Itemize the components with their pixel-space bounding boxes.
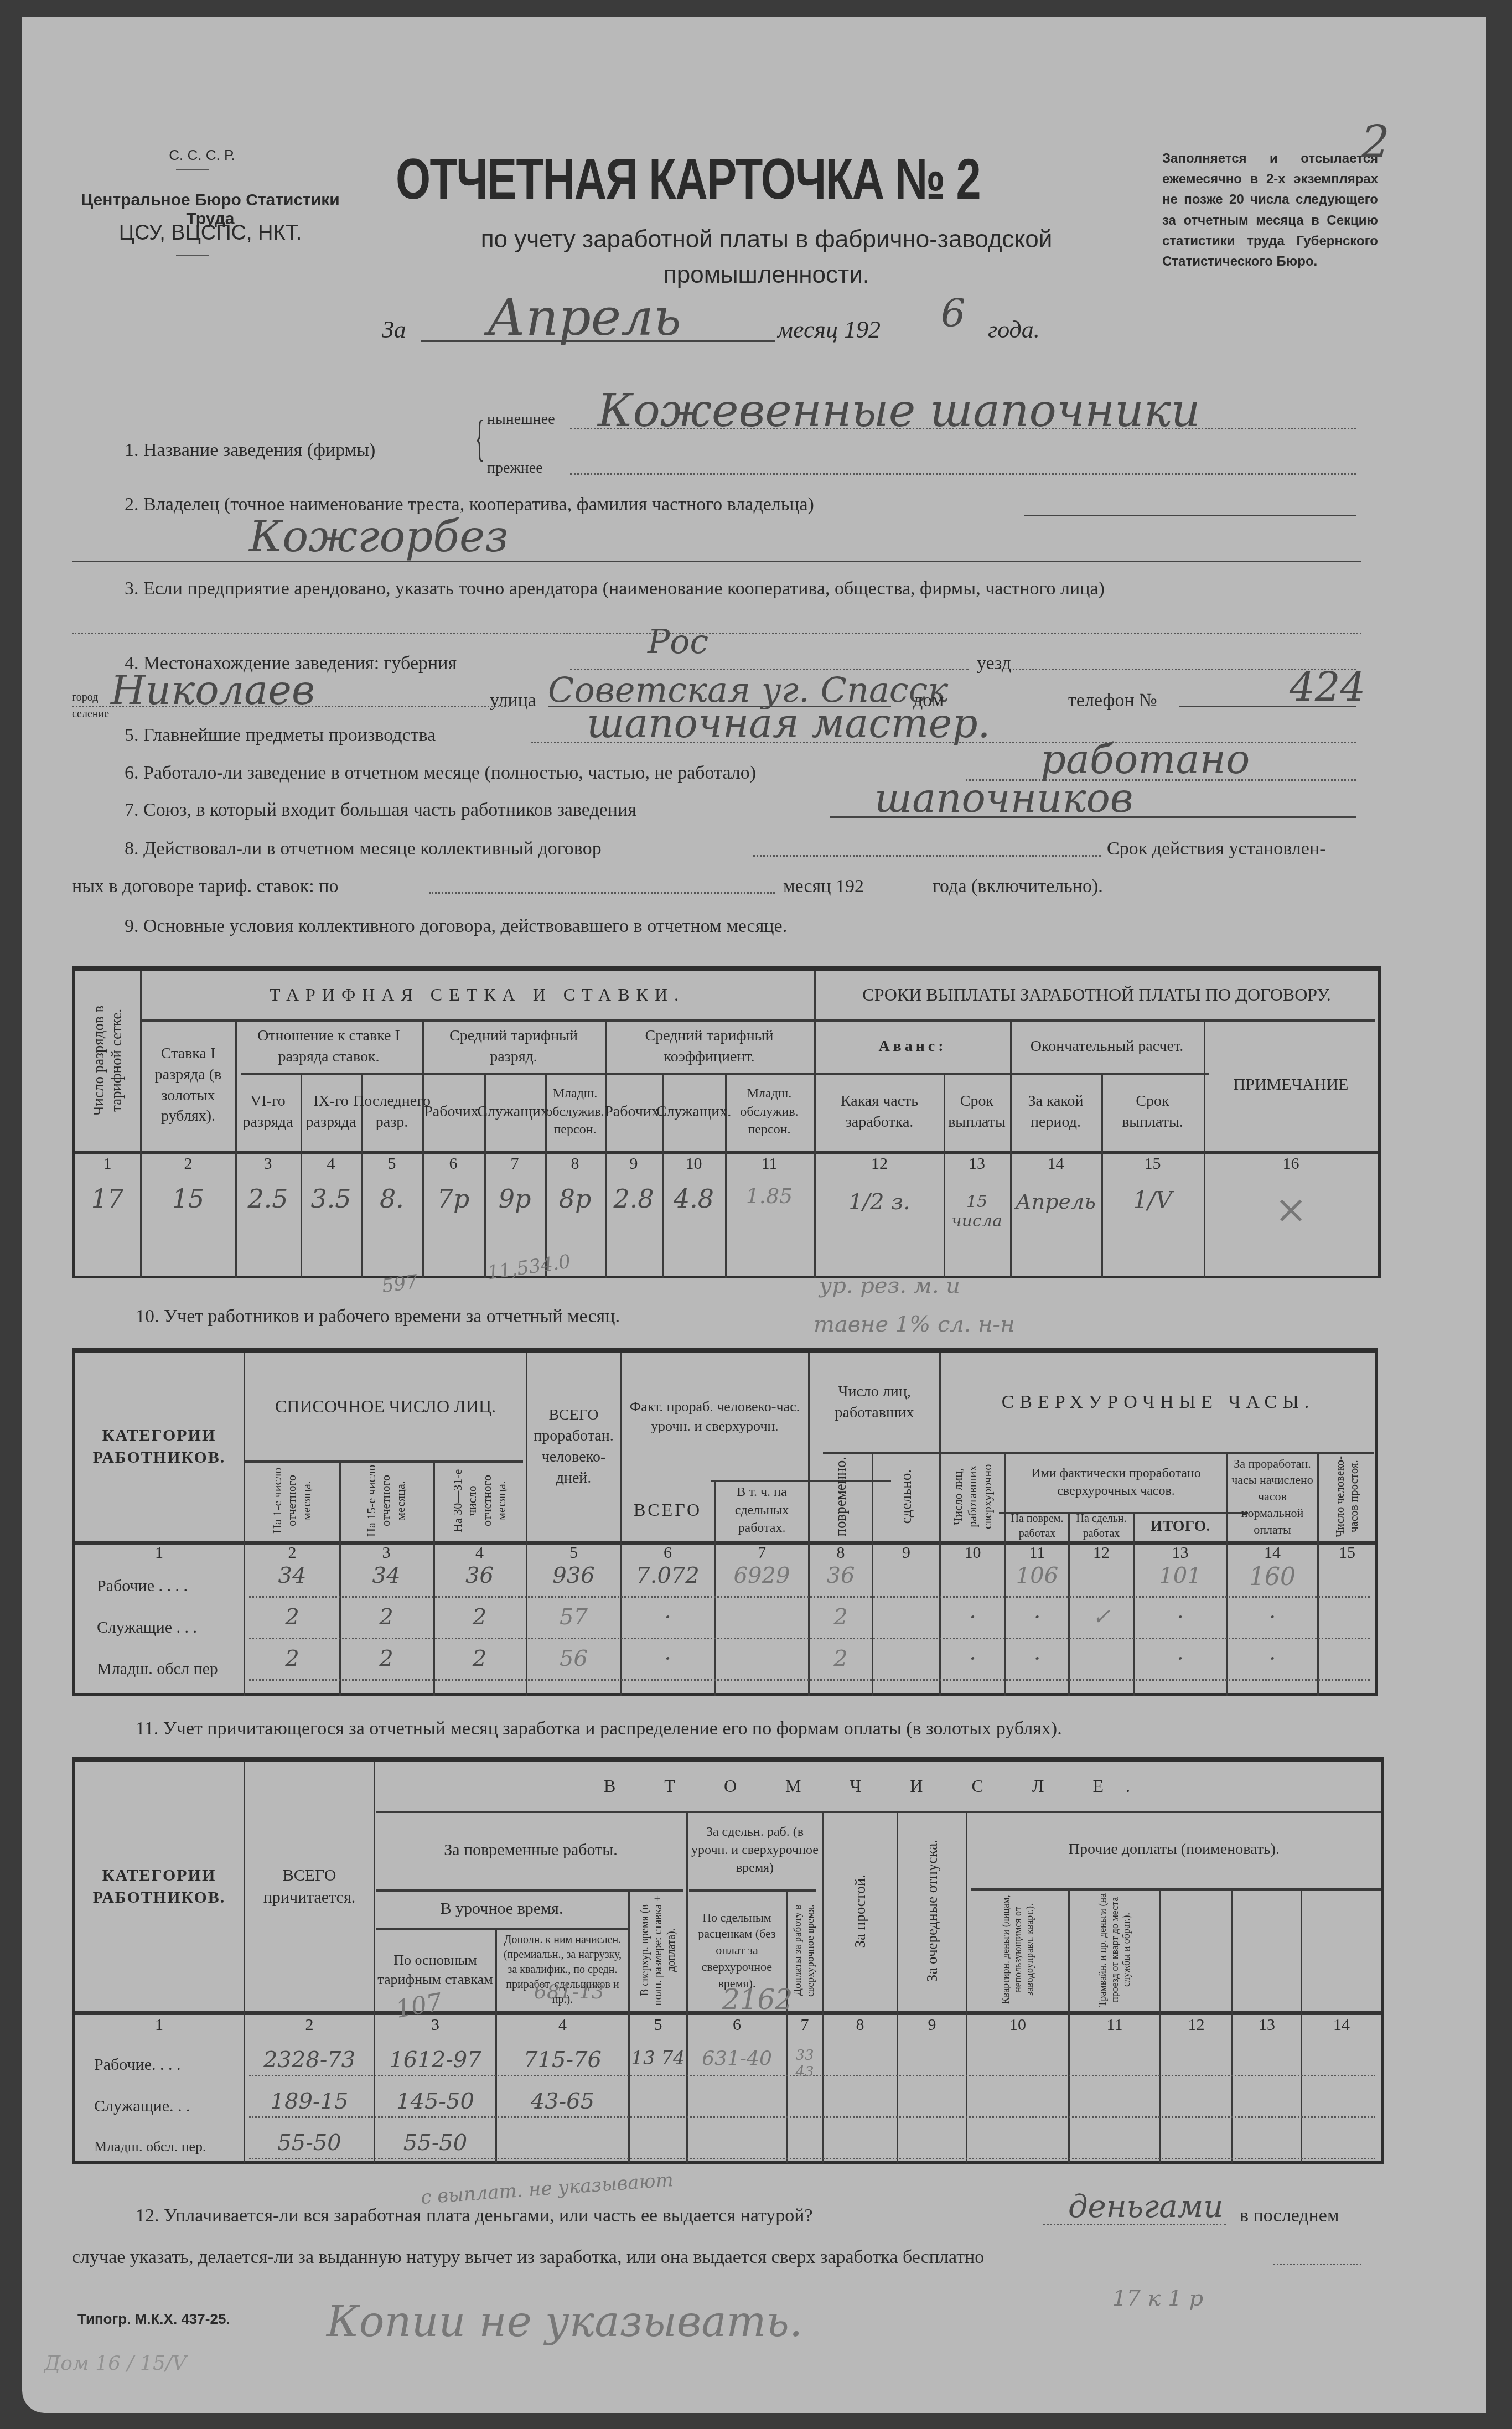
- field-2-line-2: [72, 561, 1361, 562]
- cell-employees-mandays[interactable]: 57: [527, 1604, 620, 1630]
- row-label-employees: Служащие. . .: [94, 2097, 190, 2116]
- group-hours: Факт. прораб. человеко-час. урочн. и све…: [622, 1353, 808, 1480]
- cell-junior-day15[interactable]: 2: [339, 1646, 433, 1671]
- cell-final-date[interactable]: 1/V: [1101, 1187, 1204, 1214]
- col-header-transport: Трамвайн. и пр. деньги (на проезд от ква…: [1097, 1891, 1133, 2009]
- annotation: 2162: [722, 1983, 793, 2016]
- cell-junior-ot-persons[interactable]: ·: [941, 1646, 1004, 1671]
- field-8-label: 8. Действовал-ли в отчетном месяце колле…: [125, 838, 602, 859]
- col-number: 9: [605, 1154, 662, 1173]
- col-number: 15: [1319, 1544, 1375, 1562]
- field-8-tail: Срок действия установлен-: [1107, 838, 1325, 859]
- field-4-uezd-label: уезд: [977, 653, 1011, 674]
- col-header-avg-grade: Средний тарифный разряд.: [422, 1019, 605, 1073]
- cell-employees-base[interactable]: 145-50: [375, 2089, 495, 2114]
- cell-employees-ot-piece[interactable]: ✓: [1070, 1604, 1133, 1630]
- col-header-advance: Аванс:: [815, 1019, 1010, 1073]
- cell-workers-total[interactable]: 2328-73: [245, 2047, 374, 2073]
- cell-junior-day1[interactable]: 2: [245, 1646, 339, 1671]
- header-agencies: ЦСУ, ВЦСПС, НКТ.: [83, 221, 338, 245]
- field-1-former-label: прежнее: [487, 459, 543, 477]
- col-number: 6: [422, 1154, 484, 1173]
- col-number: 1: [75, 1154, 140, 1173]
- cell-employees-ot-persons[interactable]: ·: [941, 1604, 1004, 1630]
- col-header-hours-piece: В т. ч. на сдельных работах.: [716, 1480, 808, 1541]
- cell-junior-day30[interactable]: 2: [433, 1646, 526, 1671]
- cell-employees-day1[interactable]: 2: [245, 1604, 339, 1630]
- group-persons: Число лиц, работавших: [810, 1353, 939, 1452]
- cell-avg-grade-employees[interactable]: 9р: [484, 1184, 545, 1214]
- col-number: 5: [527, 1544, 620, 1562]
- col-number: 15: [1101, 1154, 1204, 1173]
- field-5-value[interactable]: шапочная мастер.: [587, 700, 990, 747]
- group-list-count: СПИСОЧНОЕ ЧИСЛО ЛИЦ.: [245, 1353, 526, 1460]
- col-number: 4: [433, 1544, 526, 1562]
- cell-workers-ot-time[interactable]: 106: [1006, 1563, 1068, 1588]
- col-number: 1: [75, 2016, 244, 2034]
- margin-note: Дом 16 / 15/V: [44, 2352, 187, 2375]
- field-8-value[interactable]: [753, 855, 1101, 857]
- cell-workers-base[interactable]: 1612-97: [375, 2047, 495, 2073]
- field-1-label: 1. Название заведения (фирмы): [125, 440, 375, 461]
- col-number: 14: [1010, 1154, 1101, 1173]
- col-number: 3: [339, 1544, 433, 1562]
- row-label-workers: Рабочие . . . .: [97, 1577, 188, 1596]
- cell-grades[interactable]: 17: [75, 1184, 140, 1214]
- workers-table: КАТЕГОРИИ РАБОТНИКОВ. СПИСОЧНОЕ ЧИСЛО ЛИ…: [72, 1348, 1378, 1696]
- field-1-former-value[interactable]: [570, 473, 1356, 475]
- period-month-label: месяц 192: [778, 315, 881, 344]
- section-12-line-2-value[interactable]: [1273, 2264, 1361, 2265]
- cell-junior-hours[interactable]: ·: [622, 1646, 714, 1671]
- field-3-value[interactable]: [72, 633, 1361, 634]
- col-header-grade-6: VI-го разряда: [235, 1073, 301, 1151]
- cell-workers-day1[interactable]: 34: [245, 1563, 339, 1588]
- handwritten-note-2: 17 к 1 р: [1112, 2286, 1203, 2311]
- cell-workers-time[interactable]: 36: [810, 1563, 872, 1588]
- field-4-phone-value[interactable]: 424: [1290, 664, 1365, 711]
- field-8-line2-end: года (включительно).: [933, 876, 1103, 897]
- col-number: 7: [484, 1154, 545, 1173]
- col-header-junior-8: Младш. обслужив. персон.: [545, 1073, 605, 1151]
- field-7-value[interactable]: шапочников: [874, 775, 1133, 821]
- cell-final-period[interactable]: Апрель: [1010, 1189, 1101, 1214]
- group-tariff: ТАРИФНАЯ СЕТКА И СТАВКИ.: [141, 971, 814, 1019]
- cell-employees-time[interactable]: 2: [810, 1604, 872, 1630]
- col-number: 4: [497, 2016, 628, 2034]
- col-number: 8: [545, 1154, 605, 1173]
- col-header-employees-10: Служащих.: [662, 1073, 725, 1151]
- col-number: 5: [630, 2016, 686, 2034]
- field-4-city-value[interactable]: Николаев: [111, 667, 315, 713]
- col-header-day-30: На 30—31-е число отчетного месяца.: [451, 1463, 509, 1539]
- printer-imprint: Типогр. М.К.Х. 437-25.: [77, 2311, 230, 2328]
- col-header-ratio: Отношение к ставке I разряда ставок.: [235, 1019, 422, 1073]
- cell-coef-workers[interactable]: 2.8: [605, 1184, 662, 1214]
- col-header-final-date: Срок выплаты.: [1101, 1073, 1204, 1151]
- col-number: 14: [1302, 2016, 1381, 2034]
- group-time-work: За повременные работы.: [375, 1811, 686, 1889]
- period-prefix: За: [382, 315, 406, 344]
- divider: [176, 169, 209, 170]
- col-header-piece-work: сдельно.: [897, 1469, 915, 1524]
- col-header-last-grade: Последнего разр.: [361, 1073, 422, 1151]
- corner-handwritten-mark: 2: [1361, 116, 1390, 168]
- col-header-employees-7: Служащих.: [484, 1073, 545, 1151]
- col-header-day-15: На 15-е число отчетного месяца.: [364, 1463, 408, 1539]
- col-header-grade-9: IX-го разряда: [301, 1073, 361, 1151]
- col-header-ot-piece: На сдельн. работах: [1070, 1512, 1133, 1541]
- col-header-total-due: ВСЕГО причитается.: [245, 1762, 374, 2011]
- col-number: 13: [1233, 2016, 1301, 2034]
- document-subtitle: по учету заработной платы в фабрично-зав…: [382, 226, 1151, 253]
- col-number: 11: [725, 1154, 814, 1173]
- handwritten-note: Копии не указывать.: [327, 2297, 802, 2346]
- col-header-vacation: За очередные отпуска.: [923, 1840, 941, 1982]
- cell-workers-additions[interactable]: 715-76: [497, 2047, 628, 2073]
- section-12-line-1-tail: в последнем: [1240, 2205, 1339, 2226]
- cell-avg-grade-workers[interactable]: 7р: [422, 1184, 484, 1214]
- annotation: ур. рез. м. и: [819, 1273, 960, 1298]
- col-number: 14: [1228, 1544, 1317, 1562]
- group-pay-schedule: СРОКИ ВЫПЛАТЫ ЗАРАБОТНОЙ ПЛАТЫ ПО ДОГОВО…: [815, 971, 1378, 1019]
- brace: {: [475, 414, 484, 464]
- col-header-rate-1: Ставка I разряда (в золотых рублях).: [141, 1019, 235, 1151]
- col-number: 11: [1006, 1544, 1068, 1562]
- field-8-month-value[interactable]: [429, 892, 775, 894]
- col-header-final-period: За какой период.: [1010, 1073, 1101, 1151]
- field-4-gubernia-value[interactable]: Рос: [648, 623, 708, 661]
- group-regular-time: В урочное время.: [375, 1889, 628, 1928]
- field-4-street-label: улица: [490, 690, 536, 711]
- earnings-table: КАТЕГОРИИ РАБОТНИКОВ. ВСЕГО причитается.…: [72, 1757, 1384, 2164]
- field-9-label: 9. Основные условия коллективного догово…: [125, 916, 787, 937]
- cell-junior-ot-total[interactable]: ·: [1135, 1646, 1226, 1671]
- group-overtime: СВЕРХУРОЧНЫЕ ЧАСЫ.: [941, 1353, 1375, 1452]
- field-7-label: 7. Союз, в который входит большая часть …: [125, 800, 636, 821]
- cell-workers-hours[interactable]: 7.072: [622, 1563, 714, 1588]
- col-number: 3: [375, 2016, 495, 2034]
- cell-rate-1[interactable]: 15: [141, 1184, 235, 1214]
- col-header-total-days: ВСЕГО проработан. человеко-дней.: [527, 1353, 620, 1541]
- annotation: тавне 1% сл. н-н: [814, 1312, 1014, 1337]
- col-header-notes: ПРИМЕЧАНИЕ: [1204, 1019, 1378, 1151]
- period-year-value[interactable]: 6: [941, 291, 966, 336]
- col-header-ot-time: На поврем. работах: [1006, 1512, 1068, 1541]
- field-5-label: 5. Главнейшие предметы производства: [125, 725, 436, 746]
- cell-workers-hours-piece[interactable]: 6929: [716, 1563, 808, 1588]
- col-number: 6: [688, 2016, 786, 2034]
- col-number: 3: [235, 1154, 301, 1173]
- col-header-day-1: На 1-е число отчетного месяца.: [270, 1463, 314, 1539]
- section-12-line-1: 12. Уплачивается-ли вся заработная плата…: [136, 2205, 813, 2226]
- col-header-housing: Квартирн. деньги (лицам, непользующимся …: [1000, 1891, 1036, 2009]
- group-including: В Т О М Ч И С Л Е.: [375, 1762, 1381, 1811]
- cell-employees-additions[interactable]: 43-65: [497, 2089, 628, 2114]
- cell-junior-normal-hours[interactable]: ·: [1228, 1646, 1317, 1671]
- col-header-advance-part: Какая часть заработка.: [815, 1073, 944, 1151]
- col-number: 9: [873, 1544, 939, 1562]
- group-other-payments: Прочие доплаты (поименовать).: [967, 1811, 1381, 1888]
- col-header-overtime-fact: Ими фактически проработано сверхурочных …: [1006, 1452, 1226, 1512]
- col-header-workers-6: Рабочих.: [422, 1073, 484, 1151]
- field-3-label: 3. Если предприятие арендовано, указать …: [125, 578, 1105, 599]
- col-number: 13: [944, 1154, 1010, 1173]
- col-number: 7: [788, 2016, 822, 2034]
- col-header-avg-coef: Средний тарифный коэффициент.: [605, 1019, 814, 1073]
- col-number: 8: [810, 1544, 872, 1562]
- cell-workers-day30[interactable]: 36: [433, 1563, 526, 1588]
- cell-workers-ot-total[interactable]: 101: [1135, 1563, 1226, 1588]
- cell-employees-normal-hours[interactable]: ·: [1228, 1604, 1317, 1630]
- col-header-advance-date: Срок выплаты: [944, 1073, 1010, 1151]
- col-number: 2: [141, 1154, 235, 1173]
- period-suffix: года.: [988, 315, 1040, 344]
- submission-note: Заполняется и отсылается ежемесячно в 2-…: [1162, 148, 1378, 272]
- col-header-idle: За простой.: [851, 1874, 869, 1948]
- col-header-workers-9: Рабочих.: [605, 1073, 662, 1151]
- field-1-current-value[interactable]: Кожевенные шапочники: [598, 385, 1200, 437]
- cell-employees-total[interactable]: 189-15: [245, 2089, 374, 2114]
- cell-employees-ot-time[interactable]: ·: [1006, 1604, 1068, 1630]
- col-number: 2: [245, 1544, 339, 1562]
- col-header-time-work: повременно.: [832, 1457, 850, 1536]
- cell-employees-day15[interactable]: 2: [339, 1604, 433, 1630]
- cell-workers-normal-hours[interactable]: 160: [1228, 1563, 1317, 1591]
- cell-advance-part[interactable]: 1/2 з.: [815, 1189, 944, 1215]
- col-header-overtime-addons: Доплаты за работу в сверхурочное время.: [792, 1892, 817, 2009]
- col-number: 12: [1161, 2016, 1231, 2034]
- cell-coef-junior[interactable]: 1.85: [725, 1184, 814, 1208]
- cell-last-grade[interactable]: 8.: [361, 1184, 422, 1214]
- col-number: 9: [898, 2016, 966, 2034]
- cell-coef-employees[interactable]: 4.8: [662, 1184, 725, 1214]
- col-number: 5: [361, 1154, 422, 1173]
- field-1-current-label: нынешнее: [487, 411, 555, 428]
- section-12-answer[interactable]: деньгами: [1068, 2189, 1223, 2225]
- col-number: 2: [245, 2016, 374, 2034]
- row-label-employees: Служащие . . .: [97, 1618, 197, 1637]
- cell-workers-overtime[interactable]: 13 74: [630, 2047, 686, 2069]
- row-label-workers: Рабочие. . . .: [94, 2055, 180, 2074]
- section-12-line-2: случае указать, делается-ли за выданную …: [72, 2247, 984, 2268]
- cell-grade-9[interactable]: 3.5: [301, 1184, 361, 1214]
- cell-employees-day30[interactable]: 2: [433, 1604, 526, 1630]
- cell-employees-ot-total[interactable]: ·: [1135, 1604, 1226, 1630]
- section-10-title: 10. Учет работников и рабочего времени з…: [136, 1306, 620, 1327]
- cell-notes[interactable]: ×: [1204, 1187, 1378, 1232]
- col-header-final: Окончательный расчет.: [1010, 1019, 1204, 1073]
- col-number: 12: [815, 1154, 944, 1173]
- divider: [176, 255, 209, 256]
- col-number: 8: [824, 2016, 897, 2034]
- col-number: 6: [622, 1544, 714, 1562]
- field-2-line: [1024, 515, 1356, 516]
- col-number: 10: [941, 1544, 1004, 1562]
- col-number: 13: [1135, 1544, 1226, 1562]
- cell-grade-6[interactable]: 2.5: [235, 1184, 301, 1214]
- section-11-title: 11. Учет причитающегося за отчетный меся…: [136, 1718, 1062, 1739]
- row-label-junior: Младш. обсл пер: [97, 1660, 218, 1679]
- field-8-line2: ных в договоре тариф. ставок: по: [72, 876, 338, 897]
- annotation: 681-13: [534, 1981, 604, 2003]
- cell-workers-mandays[interactable]: 936: [527, 1563, 620, 1588]
- field-2-value[interactable]: Кожгорбез: [249, 512, 509, 562]
- col-header-category: КАТЕГОРИИ РАБОТНИКОВ.: [75, 1353, 244, 1541]
- group-piece-work: За сдельн. раб. (в урочн. и сверхурочное…: [688, 1811, 822, 1889]
- cell-avg-grade-junior[interactable]: 8р: [545, 1184, 605, 1214]
- col-header-ot-total: ИТОГО.: [1135, 1512, 1226, 1541]
- header-ussr: С. С. С. Р.: [138, 147, 266, 164]
- cell-workers-piece-ot[interactable]: 33 43: [788, 2047, 822, 2080]
- field-8-line2-mid: месяц 192: [783, 876, 864, 897]
- field-6-label: 6. Работало-ли заведение в отчетном меся…: [125, 763, 756, 784]
- col-header-overtime-persons: Число лиц, работавших сверхурочно: [951, 1454, 995, 1539]
- cell-employees-hours[interactable]: ·: [622, 1604, 714, 1630]
- col-number: 12: [1070, 1544, 1133, 1562]
- col-number: 1: [75, 1544, 244, 1562]
- col-number: 10: [662, 1154, 725, 1173]
- tariff-table: Число разрядов в тарифной сетке. ТАРИФНА…: [72, 966, 1381, 1278]
- cell-junior-mandays[interactable]: 56: [527, 1646, 620, 1671]
- col-number: 7: [716, 1544, 808, 1562]
- col-header-overtime-pay: В сверхур. время (в полн. размере: ставк…: [638, 1892, 678, 2009]
- col-header-grades: Число разрядов в тарифной сетке.: [90, 973, 126, 1148]
- col-number: 4: [301, 1154, 361, 1173]
- cell-junior-base[interactable]: 55-50: [375, 2130, 495, 2156]
- col-header-normal-pay-hours: За проработан. часы начислено часов норм…: [1228, 1452, 1317, 1541]
- cell-workers-day15[interactable]: 34: [339, 1563, 433, 1588]
- cell-junior-ot-time[interactable]: ·: [1006, 1646, 1068, 1671]
- row-label-junior: Младш. обсл. пер.: [94, 2138, 206, 2155]
- document-title: ОТЧЕТНАЯ КАРТОЧКА № 2: [396, 147, 970, 213]
- document-subtitle-2: промышленности.: [382, 261, 1151, 289]
- col-number: 11: [1070, 2016, 1159, 2034]
- col-header-category: КАТЕГОРИИ РАБОТНИКОВ.: [75, 1762, 244, 2011]
- col-number: 16: [1204, 1154, 1378, 1173]
- period-month-value[interactable]: Апрель: [487, 288, 681, 347]
- cell-workers-piece[interactable]: 631-40: [688, 2047, 786, 2070]
- col-header-hours-total: ВСЕГО: [622, 1480, 714, 1541]
- col-header-junior-11: Младш. обслужив. персон.: [725, 1073, 814, 1151]
- field-4-phone-label: телефон №: [1068, 690, 1157, 711]
- col-header-idle-hours: Число человеко-часов простоя.: [1333, 1454, 1361, 1539]
- col-number: 10: [967, 2016, 1068, 2034]
- cell-advance-date[interactable]: 15 числа: [944, 1192, 1010, 1231]
- cell-junior-total[interactable]: 55-50: [245, 2130, 374, 2156]
- cell-junior-time[interactable]: 2: [810, 1646, 872, 1671]
